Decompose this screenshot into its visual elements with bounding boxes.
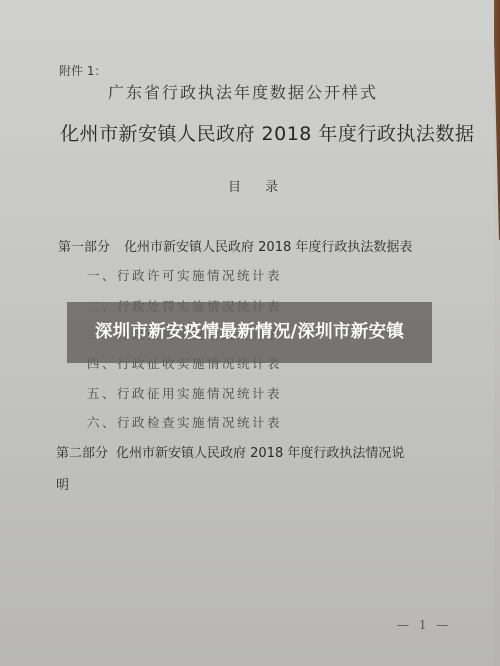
- toc-item: 五、行政征用实施情况统计表: [87, 384, 282, 402]
- toc-heading: 目 录: [228, 176, 288, 195]
- part-1-text: 化州市新安镇人民政府 2018 年度行政执法数据表: [124, 240, 412, 255]
- headline-text: 深圳市新安疫情最新情况/深圳市新安镇: [80, 321, 420, 344]
- page-number: — 1 —: [397, 618, 451, 632]
- toc-item-text: 行政许可实施情况统计表: [117, 268, 282, 283]
- toc-item-text: 行政征用实施情况统计表: [117, 386, 282, 401]
- toc-item: 六、行政检查实施情况统计表: [87, 413, 282, 431]
- part-1-label: 第一部分: [58, 240, 110, 255]
- toc-item-number: 六、: [87, 415, 117, 430]
- part-2-continuation: 明: [56, 474, 69, 493]
- document-subtitle: 广东省行政执法年度数据公开样式: [108, 80, 378, 103]
- toc-item-number: 五、: [87, 386, 117, 401]
- headline-overlay: 深圳市新安疫情最新情况/深圳市新安镇: [67, 302, 432, 363]
- toc-item-number: 一、: [87, 268, 117, 283]
- document-title: 化州市新安镇人民政府 2018 年度行政执法数据: [60, 119, 474, 146]
- toc-part-2: 第二部分化州市新安镇人民政府 2018 年度行政执法情况说: [56, 442, 404, 461]
- toc-item: 一、行政许可实施情况统计表: [87, 266, 282, 284]
- toc-item-text: 行政检查实施情况统计表: [117, 415, 282, 430]
- attachment-label: 附件 1：: [59, 62, 106, 79]
- toc-part-1: 第一部分化州市新安镇人民政府 2018 年度行政执法数据表: [58, 236, 412, 255]
- part-2-text: 化州市新安镇人民政府 2018 年度行政执法情况说: [116, 446, 404, 461]
- part-2-label: 第二部分: [56, 446, 108, 461]
